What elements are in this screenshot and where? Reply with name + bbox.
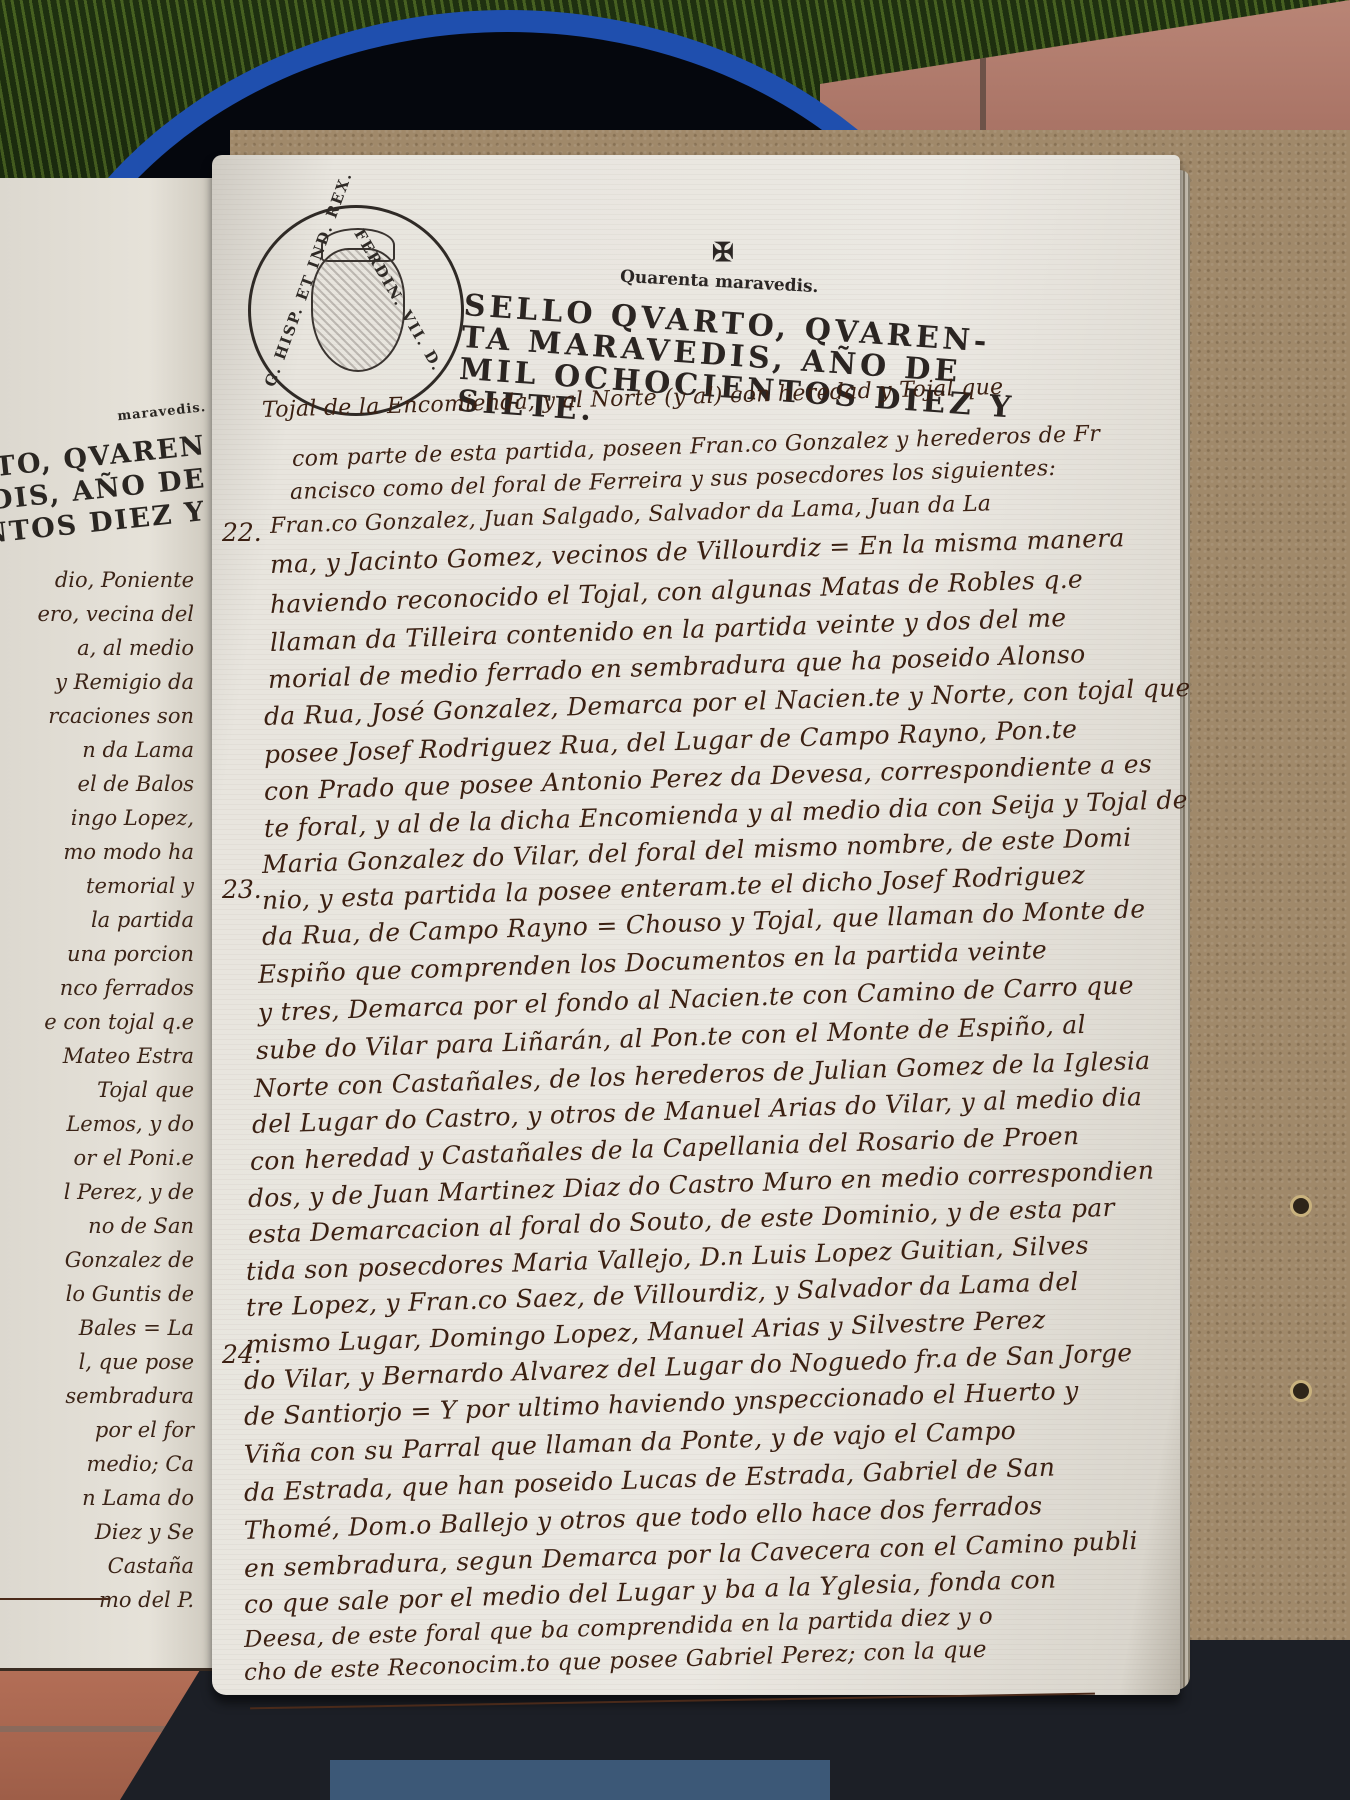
left-line: sembradura: [65, 1384, 194, 1408]
left-page-end-rule: [0, 1598, 110, 1600]
board-hole: [1290, 1195, 1312, 1217]
coat-of-arms-icon: [311, 248, 405, 372]
left-line: mo del P.: [99, 1588, 194, 1612]
left-line: no de San: [88, 1214, 194, 1238]
denim-fabric: [330, 1760, 830, 1800]
left-line: mo modo ha: [63, 840, 194, 864]
left-line: por el for: [95, 1418, 194, 1442]
left-line: medio; Ca: [87, 1452, 194, 1476]
royal-seal-stamp: FERDIN. VII. D. G. HISP. ET IND. REX.: [248, 205, 464, 416]
left-page: maravedis. TO, QVAREN DIS, AÑO DE ENTOS …: [0, 178, 212, 1671]
left-stamp-price: maravedis.: [117, 400, 207, 424]
left-line: una porcion: [67, 942, 194, 966]
entry-number: 22.: [222, 518, 262, 547]
left-line: temorial y: [86, 874, 194, 898]
left-line: n da Lama: [82, 738, 194, 762]
left-line: rcaciones son: [48, 704, 194, 728]
left-line: y Remigio da: [55, 670, 194, 694]
left-line: Gonzalez de: [65, 1248, 194, 1272]
left-line: Bales = La: [79, 1316, 194, 1340]
left-line: n Lama do: [82, 1486, 194, 1510]
left-line: lo Guntis de: [66, 1282, 194, 1306]
left-line: Mateo Estra: [63, 1044, 194, 1068]
board-hole: [1290, 1380, 1312, 1402]
left-line: a, al medio: [77, 636, 194, 660]
left-line: nco ferrados: [60, 976, 194, 1000]
left-line: la partida: [91, 908, 194, 932]
left-line: Lemos, y do: [66, 1112, 194, 1136]
left-line: or el Poni.e: [74, 1146, 194, 1170]
left-line: e con tojal q.e: [44, 1010, 194, 1034]
cross-icon: ✠: [712, 238, 734, 268]
left-line: Tojal que: [97, 1078, 194, 1102]
left-line: dio, Poniente: [55, 568, 194, 592]
left-line: el de Balos: [78, 772, 194, 796]
left-line: ero, vecina del: [37, 602, 194, 626]
left-line: Castaña: [108, 1554, 194, 1578]
left-line: Diez y Se: [95, 1520, 194, 1544]
left-line: l, que pose: [79, 1350, 194, 1374]
left-line: l Perez, y de: [64, 1180, 194, 1204]
entry-number: 23.: [222, 875, 262, 904]
left-line: ingo Lopez,: [71, 806, 194, 830]
